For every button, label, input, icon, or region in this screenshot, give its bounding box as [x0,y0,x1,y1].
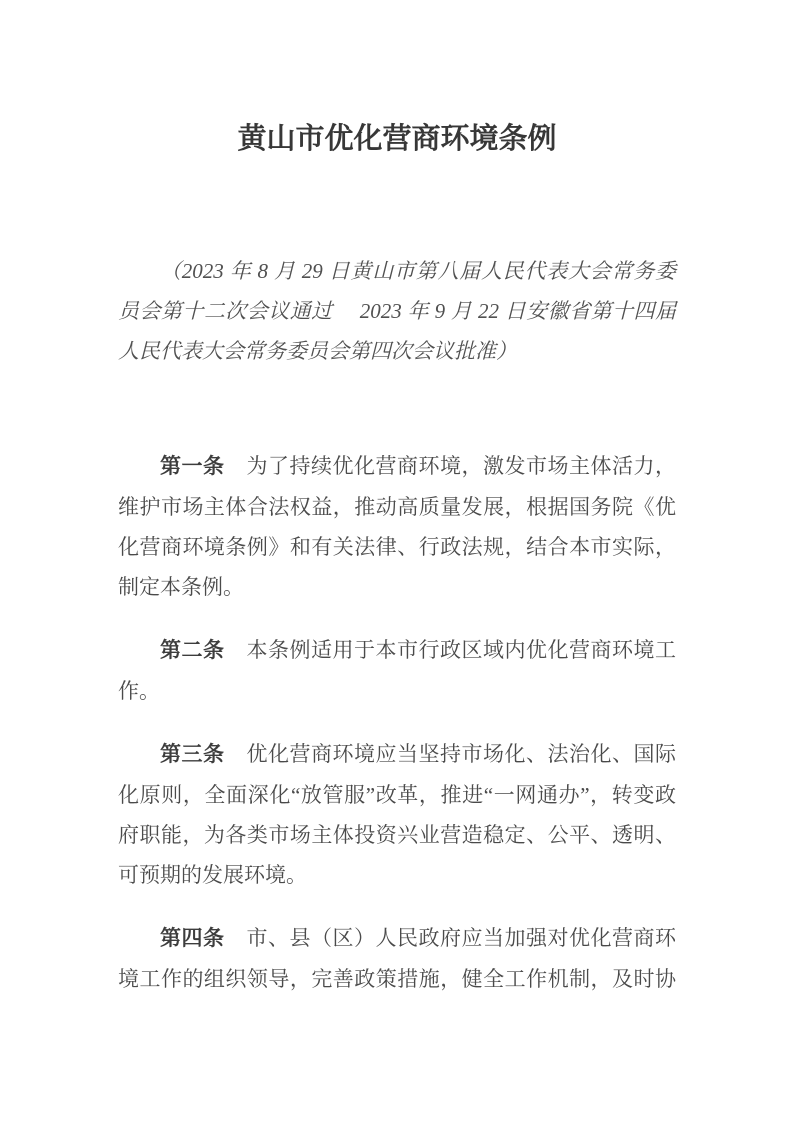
document-page: 黄山市优化营商环境条例 （2023 年 8 月 29 日黄山市第八届人民代表大会… [0,0,793,1122]
article-paragraph-2: 第二条本条例适用于本市行政区域内优化营商环境工作。 [118,630,676,711]
article-4-label: 第四条 [160,927,225,950]
article-paragraph-4: 第四条市、县（区）人民政府应当加强对优化营商环境工作的组织领导，完善政策措施，健… [118,918,676,999]
article-1-label: 第一条 [160,455,225,478]
article-paragraph-1: 第一条为了持续优化营商环境，激发市场主体活力，维护市场主体合法权益，推动高质量发… [118,446,676,607]
approval-note-paragraph: （2023 年 8 月 29 日黄山市第八届人民代表大会常务委员会第十二次会议通… [118,251,676,371]
article-2-label: 第二条 [160,639,225,662]
article-paragraph-3: 第三条优化营商环境应当坚持市场化、法治化、国际化原则，全面深化“放管服”改革，推… [118,734,676,895]
article-3-label: 第三条 [160,743,225,766]
document-title: 黄山市优化营商环境条例 [118,116,676,162]
